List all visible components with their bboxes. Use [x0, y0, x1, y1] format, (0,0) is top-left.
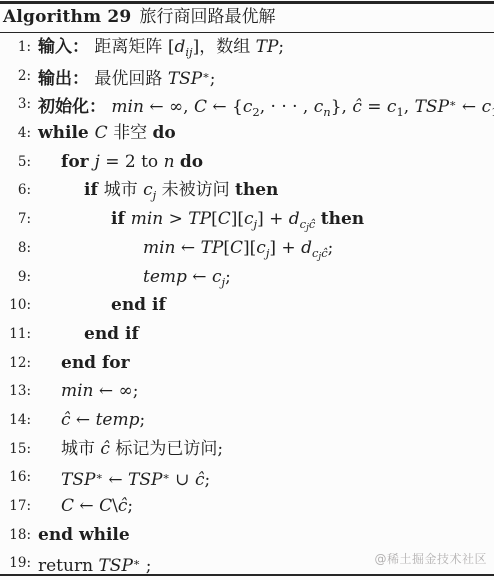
line-content: end for — [61, 349, 130, 378]
line-number: 8: — [0, 234, 31, 263]
code-segment: ，数组 — [199, 37, 255, 57]
code-segment: ] + — [257, 209, 289, 229]
code-segment: min — [143, 238, 176, 258]
line-number: 9: — [0, 263, 31, 292]
code-segment: [ — [223, 238, 230, 258]
code-segment: end while — [38, 525, 130, 545]
code-segment: for — [61, 152, 95, 172]
code-segment: TSP — [128, 470, 162, 490]
code-segment: ← ∞; — [94, 381, 139, 401]
line-content: end if — [84, 320, 139, 349]
code-segment: ∗ — [202, 69, 209, 82]
code-segment: ][ — [231, 209, 244, 229]
code-segment: 未被访问 — [156, 180, 235, 200]
line-number: 17: — [0, 492, 31, 521]
code-segment: C — [95, 123, 108, 143]
code-segment: ; — [278, 37, 284, 57]
code-segment: while — [38, 123, 95, 143]
code-segment: 输出： — [38, 69, 89, 89]
code-segment: ∗ — [449, 97, 456, 110]
algorithm-line: 11:end if — [0, 320, 494, 349]
algorithm-line: 6:if 城市 cj 未被访问 then — [0, 176, 494, 205]
code-segment: c — [256, 238, 266, 258]
code-segment: ; — [225, 267, 231, 287]
code-segment: ← — [457, 97, 482, 117]
code-segment: ĉ — [118, 496, 128, 516]
code-segment: then — [321, 209, 364, 229]
code-segment: d — [301, 238, 312, 258]
code-segment: n — [164, 152, 175, 172]
code-segment: TP — [201, 238, 224, 258]
code-segment: }, — [331, 97, 353, 117]
line-content: for j = 2 to n do — [61, 148, 203, 177]
code-segment: 非空 — [108, 123, 153, 143]
algorithm-line: 18:end while — [0, 521, 494, 550]
code-segment: min — [131, 209, 164, 229]
line-number: 7: — [0, 205, 31, 234]
code-segment: 最优回路 — [89, 69, 168, 89]
code-segment: TP — [256, 37, 279, 57]
code-segment: > — [163, 209, 188, 229]
code-segment: c — [314, 97, 324, 117]
line-number: 18: — [0, 521, 31, 550]
code-segment: 城市 — [61, 439, 100, 459]
code-segment: end if — [111, 295, 166, 315]
code-segment: 标记为已访问 — [110, 439, 217, 459]
code-segment: ĉ — [352, 97, 362, 117]
algorithm-title: 旅行商回路最优解 — [139, 7, 275, 27]
code-segment: 初始化： — [38, 97, 106, 117]
code-segment: , — [404, 97, 415, 117]
code-segment: ĉ — [100, 439, 110, 459]
code-segment: ; — [328, 238, 334, 258]
code-segment: ; — [205, 470, 211, 490]
code-segment: then — [235, 180, 278, 200]
line-number: 2: — [0, 62, 31, 91]
code-segment: n — [323, 105, 330, 119]
code-segment: if — [84, 180, 104, 200]
code-segment: temp — [143, 267, 187, 287]
code-segment: ; — [140, 410, 146, 430]
line-content: end while — [38, 521, 130, 550]
code-segment: ← — [176, 238, 201, 258]
code-segment: c — [212, 267, 222, 287]
code-segment: ← ∞, — [144, 97, 194, 117]
code-segment: 2 — [252, 105, 259, 119]
line-number: 6: — [0, 176, 31, 205]
line-number: 12: — [0, 349, 31, 378]
code-segment: C — [218, 209, 231, 229]
line-content: TSP∗ ← TSP∗ ∪ ĉ; — [61, 463, 210, 495]
code-segment: C — [99, 496, 112, 516]
line-number: 11: — [0, 320, 31, 349]
line-content: C ← C\ĉ; — [61, 492, 133, 521]
line-content: 城市 ĉ 标记为已访问; — [61, 435, 223, 464]
watermark: @稀土掘金技术社区 — [374, 550, 487, 567]
algorithm-label: Algorithm 29 — [3, 7, 131, 27]
line-content: ĉ ← temp; — [61, 406, 145, 435]
code-segment: ; — [210, 69, 216, 89]
code-segment: ] + — [269, 238, 301, 258]
line-number: 14: — [0, 406, 31, 435]
algorithm-line: 13:min ← ∞; — [0, 377, 494, 406]
code-segment: ← — [74, 496, 99, 516]
algorithm-line: 12:end for — [0, 349, 494, 378]
line-content: end if — [111, 291, 166, 320]
algorithm-header: Algorithm 29旅行商回路最优解 — [3, 3, 492, 31]
code-segment: ][ — [243, 238, 256, 258]
code-segment: 1 — [396, 105, 403, 119]
code-segment: = — [362, 97, 387, 117]
code-segment: ← — [103, 470, 128, 490]
code-segment: 城市 — [104, 180, 143, 200]
code-segment: c — [243, 97, 253, 117]
bottom-rule — [0, 574, 494, 576]
code-segment: ∗ — [162, 470, 169, 483]
line-number: 1: — [0, 33, 31, 62]
algorithm-line: 14:ĉ ← temp; — [0, 406, 494, 435]
algorithm-body: 1:输入： 距离矩阵 [dij]，数组 TP;2:输出： 最优回路 TSP∗;3… — [0, 33, 494, 578]
code-segment: ; — [127, 496, 133, 516]
code-segment: TSP — [61, 470, 95, 490]
code-segment: ← { — [207, 97, 243, 117]
line-number: 3: — [0, 90, 31, 119]
code-segment: ; — [217, 439, 223, 459]
algorithm-line: 2:输出： 最优回路 TSP∗; — [0, 62, 494, 91]
code-segment: , · · · , — [260, 97, 314, 117]
code-segment: if — [111, 209, 131, 229]
code-segment: TSP — [415, 97, 449, 117]
code-segment: [ — [211, 209, 218, 229]
algorithm-line: 5:for j = 2 to n do — [0, 148, 494, 177]
code-segment: C — [194, 97, 207, 117]
line-number: 15: — [0, 435, 31, 464]
line-number: 5: — [0, 148, 31, 177]
code-segment: TSP — [168, 69, 202, 89]
code-segment: do — [180, 152, 203, 172]
line-content: min ← ∞; — [61, 377, 138, 406]
code-segment: ĉ — [61, 410, 71, 430]
algorithm-line: 1:输入： 距离矩阵 [dij]，数组 TP; — [0, 33, 494, 62]
code-segment: end if — [84, 324, 139, 344]
code-segment: end for — [61, 353, 130, 373]
code-segment: ← — [71, 410, 96, 430]
algorithm-line: 8:min ← TP[C][cj] + dcjĉ; — [0, 234, 494, 263]
line-number: 16: — [0, 463, 31, 492]
code-segment: d — [174, 37, 185, 57]
algorithm-line: 9:temp ← cj; — [0, 263, 494, 292]
code-segment: ← — [187, 267, 212, 287]
line-number: 10: — [0, 291, 31, 320]
code-segment: 距离矩阵 — [89, 37, 168, 57]
code-segment: c — [143, 180, 153, 200]
algorithm-line: 4:while C 非空 do — [0, 119, 494, 148]
line-content: 输出： 最优回路 TSP∗; — [38, 62, 215, 94]
algorithm-line: 16:TSP∗ ← TSP∗ ∪ ĉ; — [0, 463, 494, 492]
line-content: while C 非空 do — [38, 119, 176, 148]
code-segment: ∪ — [170, 470, 195, 490]
algorithm-figure: Algorithm 29旅行商回路最优解 1:输入： 距离矩阵 [dij]，数组… — [0, 0, 494, 580]
code-segment: = 2 to — [100, 152, 164, 172]
algorithm-line: 15:城市 ĉ 标记为已访问; — [0, 435, 494, 464]
line-number: 4: — [0, 119, 31, 148]
code-segment: C — [61, 496, 74, 516]
code-segment: ij — [185, 45, 192, 59]
code-segment: ∗ — [95, 470, 102, 483]
code-segment: temp — [96, 410, 140, 430]
code-segment: C — [230, 238, 243, 258]
code-segment: min — [111, 97, 144, 117]
code-segment: ĉ — [195, 470, 205, 490]
code-segment: d — [289, 209, 300, 229]
code-segment: min — [61, 381, 94, 401]
algorithm-line: 10:end if — [0, 291, 494, 320]
line-number: 13: — [0, 377, 31, 406]
algorithm-line: 7:if min > TP[C][cj] + dcjĉ then — [0, 205, 494, 234]
code-segment: TP — [188, 209, 211, 229]
algorithm-line: 17:C ← C\ĉ; — [0, 492, 494, 521]
code-segment: c — [244, 209, 254, 229]
code-segment: do — [152, 123, 175, 143]
code-segment: 输入： — [38, 37, 89, 57]
algorithm-line: 3:初始化： min ← ∞, C ← {c2, · · · , cn}, ĉ … — [0, 90, 494, 119]
code-segment: c — [482, 97, 492, 117]
